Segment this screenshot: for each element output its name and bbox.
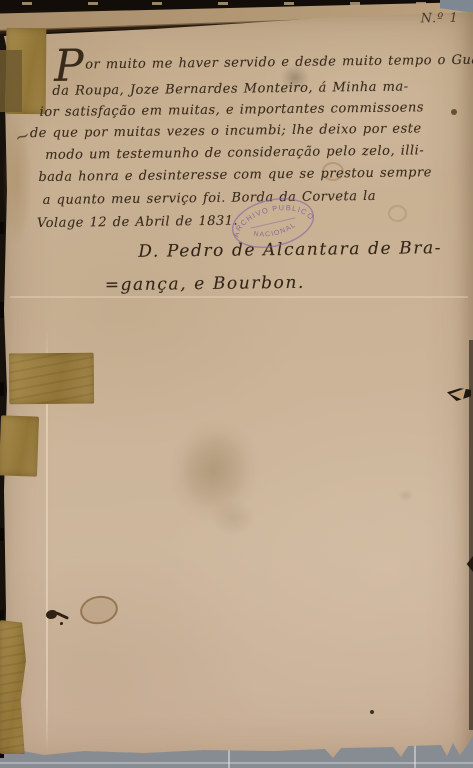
manuscript-line: de que por muitas vezes o incumbi; lhe d… [30, 121, 422, 141]
manuscript-text: N.º 1 Por muito me haver servido e desde… [0, 0, 473, 768]
stitch-thread [0, 528, 4, 541]
manuscript-line: Por muito me haver servido e desde muito… [54, 52, 473, 72]
scanned-manuscript-page: N.º 1 Por muito me haver servido e desde… [0, 0, 473, 768]
archive-number: N.º 1 [420, 11, 458, 26]
manuscript-line-text: or muito me haver servido e desde muito … [85, 52, 473, 72]
manuscript-line: bada honra e desinteresse com que se pre… [38, 165, 432, 185]
manuscript-line: a quanto meu serviço foi. Borda da Corve… [43, 189, 377, 208]
manuscript-line: Volage 12 de Abril de 1831. [37, 214, 238, 231]
stamp-text-bottom: NACIONAL [251, 221, 298, 242]
manuscript-line: modo um testemunho de consideração pelo … [45, 143, 424, 163]
manuscript-line: da Roupa, Joze Bernardes Monteiro, á Min… [52, 79, 408, 98]
signature-line: =gança, e Bourbon. [105, 273, 305, 295]
manuscript-line: ior satisfação em muitas, e importantes … [40, 100, 425, 120]
